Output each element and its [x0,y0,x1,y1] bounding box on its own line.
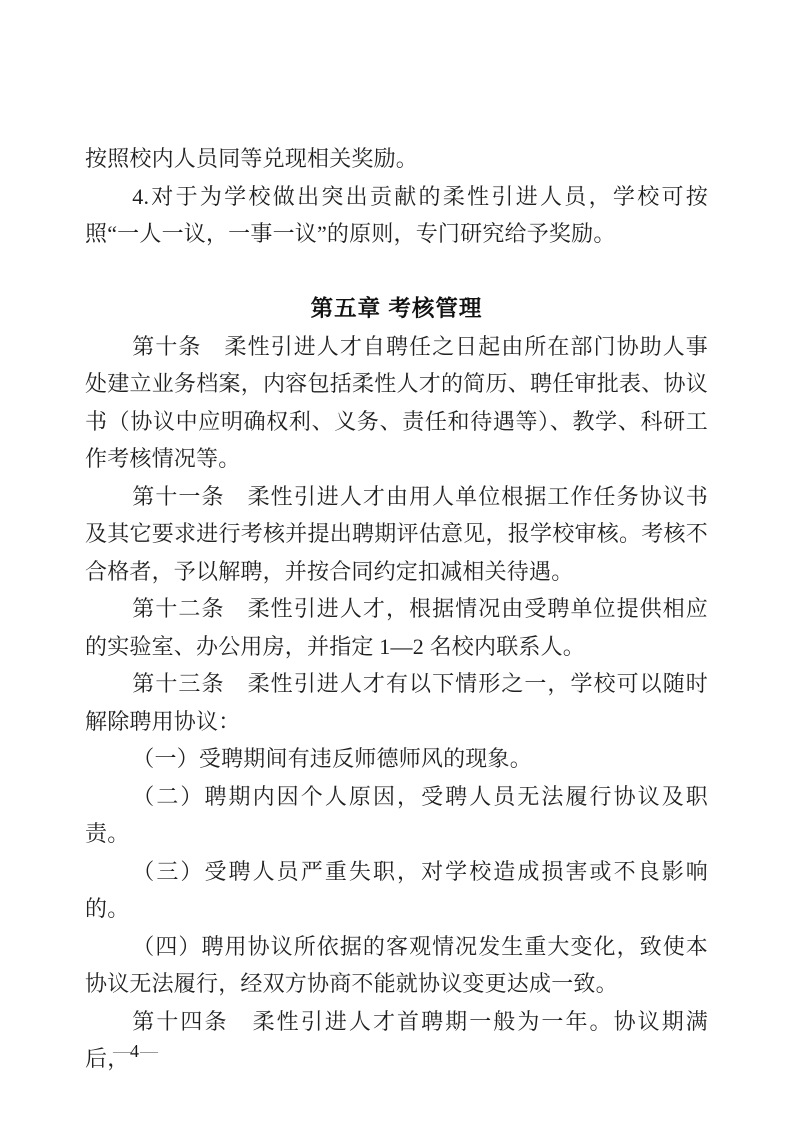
paragraph-article-10: 第十条 柔性引进人才自聘任之日起由所在部门协助人事处建立业务档案，内容包括柔性人… [85,328,708,478]
document-body: 按照校内人员同等兑现相关奖励。 4.对于为学校做出突出贡献的柔性引进人员，学校可… [85,140,708,1078]
paragraph-clause-4: （四）聘用协议所依据的客观情况发生重大变化，致使本协议无法履行，经双方协商不能就… [85,928,708,1003]
page-number-dash-right: — [140,1041,156,1061]
paragraph-article-13: 第十三条 柔性引进人才有以下情形之一，学校可以随时解除聘用协议： [85,665,708,740]
paragraph-article-12: 第十二条 柔性引进人才，根据情况由受聘单位提供相应的实验室、办公用房，并指定 1… [85,590,708,665]
paragraph-continuation: 按照校内人员同等兑现相关奖励。 [85,140,708,178]
paragraph-clause-2: （二）聘期内因个人原因，受聘人员无法履行协议及职责。 [85,778,708,853]
page-number-dash-left: — [113,1041,129,1061]
page-number: 4 [129,1041,140,1061]
paragraph-article-11: 第十一条 柔性引进人才由用人单位根据工作任务协议书及其它要求进行考核并提出聘期评… [85,478,708,591]
paragraph-clause-3: （三）受聘人员严重失职，对学校造成损害或不良影响的。 [85,853,708,928]
document-page: 按照校内人员同等兑现相关奖励。 4.对于为学校做出突出贡献的柔性引进人员，学校可… [0,0,793,1122]
chapter-heading: 第五章 考核管理 [85,290,708,328]
paragraph-article-14: 第十四条 柔性引进人才首聘期一般为一年。协议期满后， [85,1003,708,1078]
paragraph-item-4: 4.对于为学校做出突出贡献的柔性引进人员，学校可按照“一人一议，一事一议”的原则… [85,178,708,253]
page-number-footer: —4— [113,1040,156,1062]
paragraph-clause-1: （一）受聘期间有违反师德师风的现象。 [85,740,708,778]
